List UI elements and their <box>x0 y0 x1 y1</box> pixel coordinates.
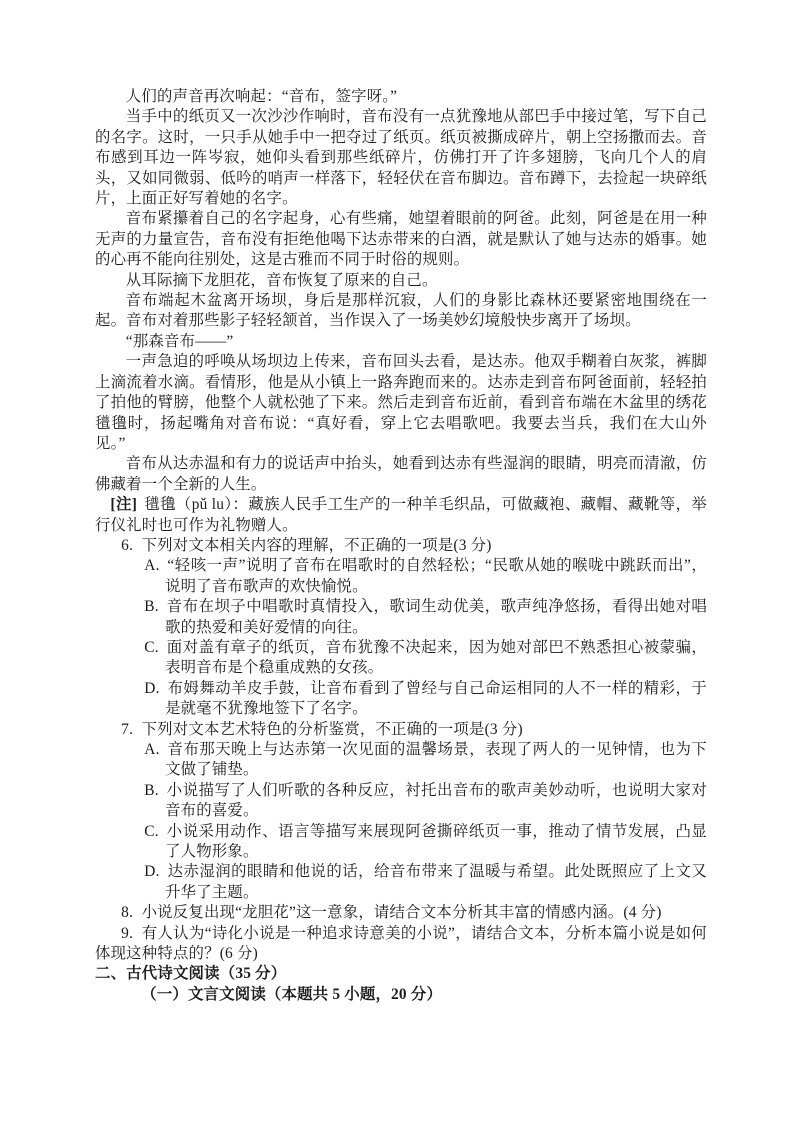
option-text: 音布在坝子中唱歌时真情投入，歌词生动优美，歌声纯净悠扬，看得出她对唱歌的热爱和美… <box>165 598 707 635</box>
story-paragraph: “那森音布——” <box>95 332 707 352</box>
question-9-text: 有人认为“诗化小说是一种追求诗意美的小说”，请结合文本，分析本篇小说是如何体现这… <box>95 925 707 962</box>
question-6-option-c: C.面对盖有章子的纸页，音布犹豫不决起来，因为她对部巴不熟悉担心被蒙骗，表明音布… <box>95 638 707 679</box>
story-paragraph: 音布从达赤温和有力的说话声中抬头，她看到达赤有些湿润的眼睛，明亮而清澈，仿佛藏着… <box>95 454 707 495</box>
option-label: C. <box>144 639 159 656</box>
question-8-stem: 8.小说反复出现“龙胆花”这一意象，请结合文本分析其丰富的情感内涵。(4 分) <box>95 903 707 923</box>
option-text: 小说描写了人们听歌的各种反应，衬托出音布的歌声美妙动听，也说明大家对音布的喜爱。 <box>165 782 707 819</box>
question-7-option-d: D.达赤湿润的眼睛和他说的话，给音布带来了温暖与希望。此处既照应了上文又升华了主… <box>95 862 707 903</box>
footnote-text: 氆氇（pǔ lu）：藏族人民手工生产的一种羊毛织品，可做藏袍、藏帽、藏靴等，举行… <box>95 496 707 533</box>
question-7-text: 下列对文本艺术特色的分析鉴赏，不正确的一项是(3 分) <box>142 721 523 738</box>
option-text: 布姆舞动羊皮手鼓，让音布看到了曾经与自己命运相同的人不一样的精彩，于是就毫不犹豫… <box>165 680 707 717</box>
option-label: D. <box>144 680 159 697</box>
option-text: “轻咳一声”说明了音布在唱歌时的自然轻松；“民歌从她的喉咙中跳跃而出”，说明了音… <box>165 557 707 594</box>
option-text: 小说采用动作、语言等描写来展现阿爸撕碎纸页一事，推动了情节发展，凸显了人物形象。 <box>165 823 707 860</box>
exam-page: 人们的声音再次响起：“音布，签字呀。” 当手中的纸页又一次沙沙作响时，音布没有一… <box>95 0 707 1005</box>
option-label: D. <box>144 863 159 880</box>
footnote: [注]氆氇（pǔ lu）：藏族人民手工生产的一种羊毛织品，可做藏袍、藏帽、藏靴等… <box>95 495 707 536</box>
option-label: A. <box>144 557 159 574</box>
question-7-option-b: B.小说描写了人们听歌的各种反应，衬托出音布的歌声美妙动听，也说明大家对音布的喜… <box>95 781 707 822</box>
question-6-option-b: B.音布在坝子中唱歌时真情投入，歌词生动优美，歌声纯净悠扬，看得出她对唱歌的热爱… <box>95 597 707 638</box>
question-6-option-a: A.“轻咳一声”说明了音布在唱歌时的自然轻松；“民歌从她的喉咙中跳跃而出”，说明… <box>95 556 707 597</box>
question-7-option-a: A.音布那天晚上与达赤第一次见面的温馨场景，表现了两人的一见钟情，也为下文做了铺… <box>95 740 707 781</box>
story-paragraph: 从耳际摘下龙胆花，音布恢复了原来的自己。 <box>95 271 707 291</box>
story-paragraph: 音布端起木盆离开场坝，身后是那样沉寂，人们的身影比森林还要紧密地围绕在一起。音布… <box>95 291 707 332</box>
question-7-number: 7. <box>121 721 133 738</box>
option-label: B. <box>144 598 159 615</box>
question-9-number: 9. <box>121 925 133 942</box>
story-paragraph: 当手中的纸页又一次沙沙作响时，音布没有一点犹豫地从部巴手中接过笔，写下自己的名字… <box>95 107 707 209</box>
question-7-stem: 7.下列对文本艺术特色的分析鉴赏，不正确的一项是(3 分) <box>95 720 707 740</box>
story-paragraph: 一声急迫的呼唤从场坝边上传来，音布回头去看，是达赤。他双手糊着白灰浆，裤脚上滴流… <box>95 352 707 454</box>
option-text: 面对盖有章子的纸页，音布犹豫不决起来，因为她对部巴不熟悉担心被蒙骗，表明音布是个… <box>165 639 707 676</box>
subsection-heading-classical-chinese-reading: （一）文言文阅读（本题共 5 小题，20 分） <box>95 985 707 1005</box>
question-7-option-c: C.小说采用动作、语言等描写来展现阿爸撕碎纸页一事，推动了情节发展，凸显了人物形… <box>95 822 707 863</box>
question-8-text: 小说反复出现“龙胆花”这一意象，请结合文本分析其丰富的情感内涵。(4 分) <box>142 904 662 921</box>
question-6-number: 6. <box>121 537 133 554</box>
section-heading-ancient-poetry-prose: 二、古代诗文阅读（35 分） <box>95 964 707 984</box>
question-6-text: 下列对文本相关内容的理解，不正确的一项是(3 分) <box>142 537 492 554</box>
story-paragraph: 音布紧攥着自己的名字起身，心有些痛，她望着眼前的阿爸。此刻，阿爸是在用一种无声的… <box>95 209 707 270</box>
question-9-stem: 9.有人认为“诗化小说是一种追求诗意美的小说”，请结合文本，分析本篇小说是如何体… <box>95 924 707 965</box>
footnote-label: [注] <box>110 496 137 513</box>
option-label: B. <box>144 782 159 799</box>
question-6-stem: 6.下列对文本相关内容的理解，不正确的一项是(3 分) <box>95 536 707 556</box>
question-8-number: 8. <box>121 904 133 921</box>
story-paragraph: 人们的声音再次响起：“音布，签字呀。” <box>95 87 707 107</box>
option-label: A. <box>144 741 159 758</box>
option-label: C. <box>144 823 159 840</box>
option-text: 音布那天晚上与达赤第一次见面的温馨场景，表现了两人的一见钟情，也为下文做了铺垫。 <box>165 741 707 778</box>
question-6-option-d: D.布姆舞动羊皮手鼓，让音布看到了曾经与自己命运相同的人不一样的精彩，于是就毫不… <box>95 679 707 720</box>
option-text: 达赤湿润的眼睛和他说的话，给音布带来了温暖与希望。此处既照应了上文又升华了主题。 <box>165 863 707 900</box>
